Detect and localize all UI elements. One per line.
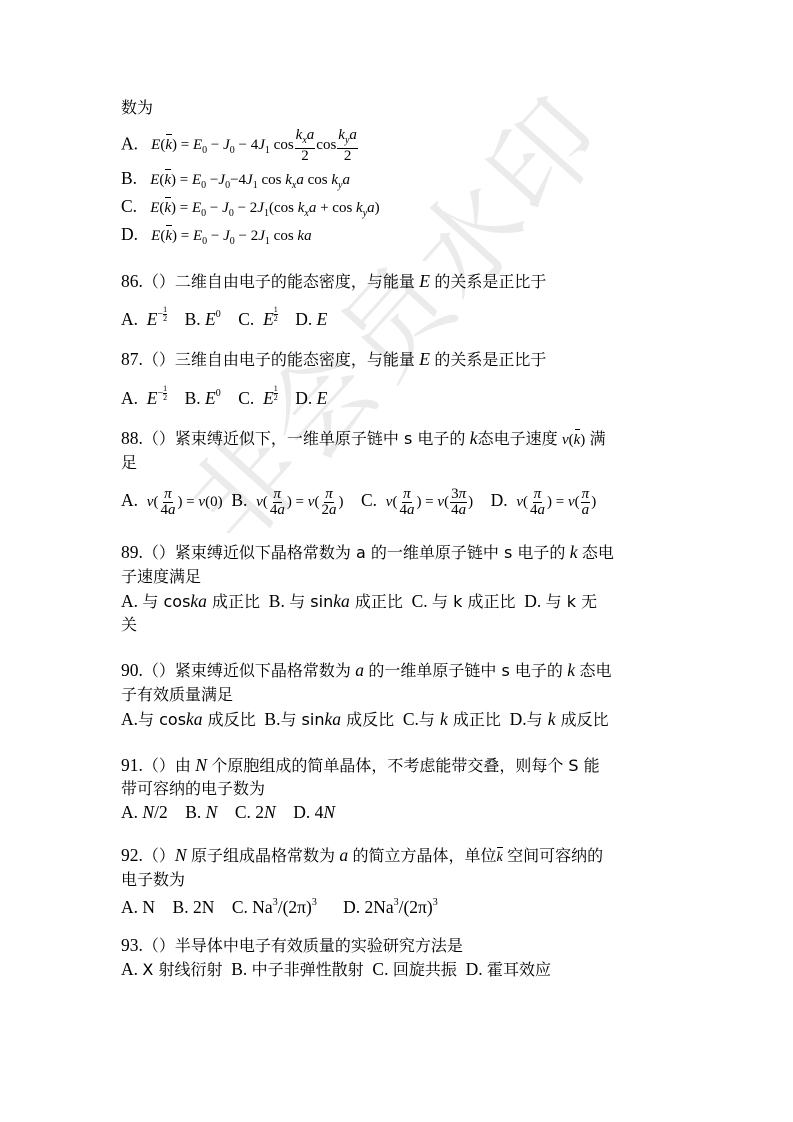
q91-stem-line2: 带可容纳的电子数为 (121, 778, 265, 800)
q88-options: A. v(π4a) = v(0) B. v(π4a) = v(π2a) C. v… (121, 487, 596, 518)
q91-stem: 91.（）由 N 个原胞组成的简单晶体，不考虑能带交叠，则每个 S 能 (121, 754, 600, 777)
q91-options: A. N/2 B. N C. 2N D. 4N (121, 801, 335, 823)
q93-stem: 93.（）半导体中电子有效质量的实验研究方法是 (121, 934, 463, 957)
document-page: 非会员水印 数为 A. E(k) = E0 − J0 − 4J1 coskxa2… (0, 0, 793, 1122)
q85-option-c: C. E(k) = E0 − J0 − 2J1(cos kxa + cos ky… (121, 195, 380, 225)
q92-stem-line2: 电子数为 (121, 869, 185, 891)
q90-options: A.与 coska 成反比 B.与 sinka 成反比 C.与 k 成正比 D.… (121, 708, 609, 731)
q85-stem-continued: 数为 (121, 97, 153, 119)
q85-option-a: A. E(k) = E0 − J0 − 4J1 coskxa2coskya2 (121, 128, 359, 164)
q88-stem-line2: 足 (121, 452, 137, 474)
q93-options: A. X 射线衍射 B. 中子非弹性散射 C. 回旋共振 D. 霍耳效应 (121, 958, 551, 981)
q87-options: A. E−12 B. E0 C. E12 D. E (121, 383, 327, 409)
q86-stem: 86.（）二维自由电子的能态密度，与能量 E 的关系是正比于 (121, 270, 546, 293)
q89-stem: 89.（）紧束缚近似下晶格常数为 a 的一维单原子链中 s 电子的 k 态电 (121, 541, 614, 564)
q90-stem: 90.（）紧束缚近似下晶格常数为 a 的一维单原子链中 s 电子的 k 态电 (121, 659, 611, 682)
q87-stem: 87.（）三维自由电子的能态密度，与能量 E 的关系是正比于 (121, 348, 546, 371)
q89-stem-line2: 子速度满足 (121, 566, 201, 588)
q92-stem: 92.（）N 原子组成晶格常数为 a 的简立方晶体，单位k 空间可容纳的 (121, 844, 603, 869)
q88-stem: 88.（）紧束缚近似下，一维单原子链中 s 电子的 k态电子速度 v(k) 满 (121, 427, 606, 451)
q85-option-d: D. E(k) = E0 − J0 − 2J1 cos ka (121, 223, 312, 253)
q85-option-b: B. E(k) = E0 −J0−4J1 cos kxa cos kya (121, 167, 350, 197)
q89-options: A. 与 coska 成正比 B. 与 sinka 成正比 C. 与 k 成正比… (121, 590, 597, 613)
q90-stem-line2: 子有效质量满足 (121, 684, 233, 706)
q86-options: A. E−12 B. E0 C. E12 D. E (121, 304, 327, 330)
page-content: 数为 A. E(k) = E0 − J0 − 4J1 coskxa2coskya… (0, 0, 793, 1122)
q89-options-wrap: 关 (121, 614, 137, 636)
q92-options: A. N B. 2N C. Na3/(2π)3 D. 2Na3/(2π)3 (121, 892, 438, 918)
